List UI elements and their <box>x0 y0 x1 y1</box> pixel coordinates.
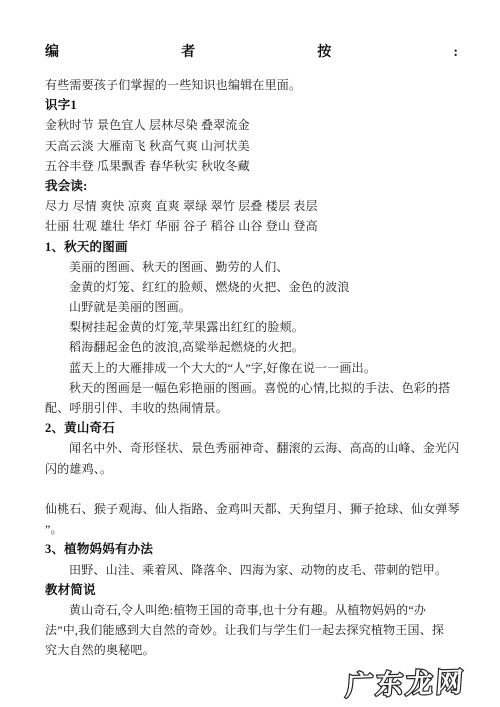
section2-line: 闻名中外、奇形怪状、景色秀丽神奇、翻滚的云海、高高的山峰、金光闪 <box>45 438 458 458</box>
jiaocai-line: 黄山奇石,令人叫绝:植物王国的奇事,也十分有趣。从植物妈妈的“办 <box>45 600 458 620</box>
jiaocai-line: 究大自然的奥秘吧。 <box>45 640 458 660</box>
title-char: 者 <box>181 43 195 63</box>
idiom-line: 五谷丰登 瓜果飘香 春华秋实 秋收冬藏 <box>45 156 458 176</box>
section1-line: 金黄的灯笼、红红的脸颊、燃烧的火把、金色的波浪 <box>45 277 458 297</box>
heading-jiaocai: 教材简说 <box>45 580 458 600</box>
section1-line: 秋天的图画是一幅色彩艳丽的图画。喜悦的心情,比拟的手法、色彩的搭 <box>45 378 458 398</box>
heading-wohuidu: 我会读: <box>45 176 458 196</box>
jiaocai-line: 法”中,我们能感到大自然的奇妙。让我们与学生们一起去探究植物王国、探 <box>45 620 458 640</box>
editor-note-title: 编 者 按 : <box>45 43 458 63</box>
section1-line: 美丽的图画、秋天的图画、勤劳的人们、 <box>45 257 458 277</box>
section1-line: 蓝天上的大雁排成一个大大的“人”字,好像在说一一画出。 <box>45 358 458 378</box>
section1-line: 稻海翻起金色的波浪,高粱举起燃烧的火把。 <box>45 337 458 357</box>
word-list-line: 壮丽 壮观 雄壮 华灯 华丽 谷子 稻谷 山谷 登山 登高 <box>45 216 458 236</box>
section1-line: 配、呼朋引伴、丰收的热闹情景。 <box>45 398 458 418</box>
heading-shizi1: 识字1 <box>45 95 458 115</box>
title-colon: : <box>453 43 458 63</box>
idiom-line: 金秋时节 景色宜人 层林尽染 叠翠流金 <box>45 115 458 135</box>
section2-heading: 2、黄山奇石 <box>45 418 458 438</box>
section1-line: 山野就是美丽的图画。 <box>45 297 458 317</box>
intro-line: 有些需要孩子们掌握的一些知识也编辑在里面。 <box>45 75 458 95</box>
document-page: 编 者 按 : 有些需要孩子们掌握的一些知识也编辑在里面。 识字1 金秋时节 景… <box>45 43 458 660</box>
title-char: 编 <box>45 43 59 63</box>
section3-heading: 3、植物妈妈有办法 <box>45 539 458 559</box>
blank-line <box>45 479 458 499</box>
section2-line: 闪的雄鸡、。 <box>45 459 458 479</box>
section1-heading: 1、秋天的图画 <box>45 237 458 257</box>
title-char: 按 <box>317 43 331 63</box>
section3-line: 田野、山洼、乘着风、降落伞、四海为家、动物的皮毛、带刺的铠甲。 <box>45 560 458 580</box>
word-list-line: 尽力 尽情 爽快 凉爽 直爽 翠绿 翠竹 层叠 楼层 表层 <box>45 196 458 216</box>
section2-line: ”。 <box>45 519 458 539</box>
watermark-text: 广东龙网 <box>345 660 468 703</box>
section1-line: 梨树挂起金黄的灯笼,苹果露出红红的脸颊。 <box>45 317 458 337</box>
idiom-line: 天高云淡 大雁南飞 秋高气爽 山河状美 <box>45 136 458 156</box>
section2-line: 仙桃石、猴子观海、仙人指路、金鸡叫天都、天狗望月、狮子抢球、仙女弹琴 <box>45 499 458 519</box>
